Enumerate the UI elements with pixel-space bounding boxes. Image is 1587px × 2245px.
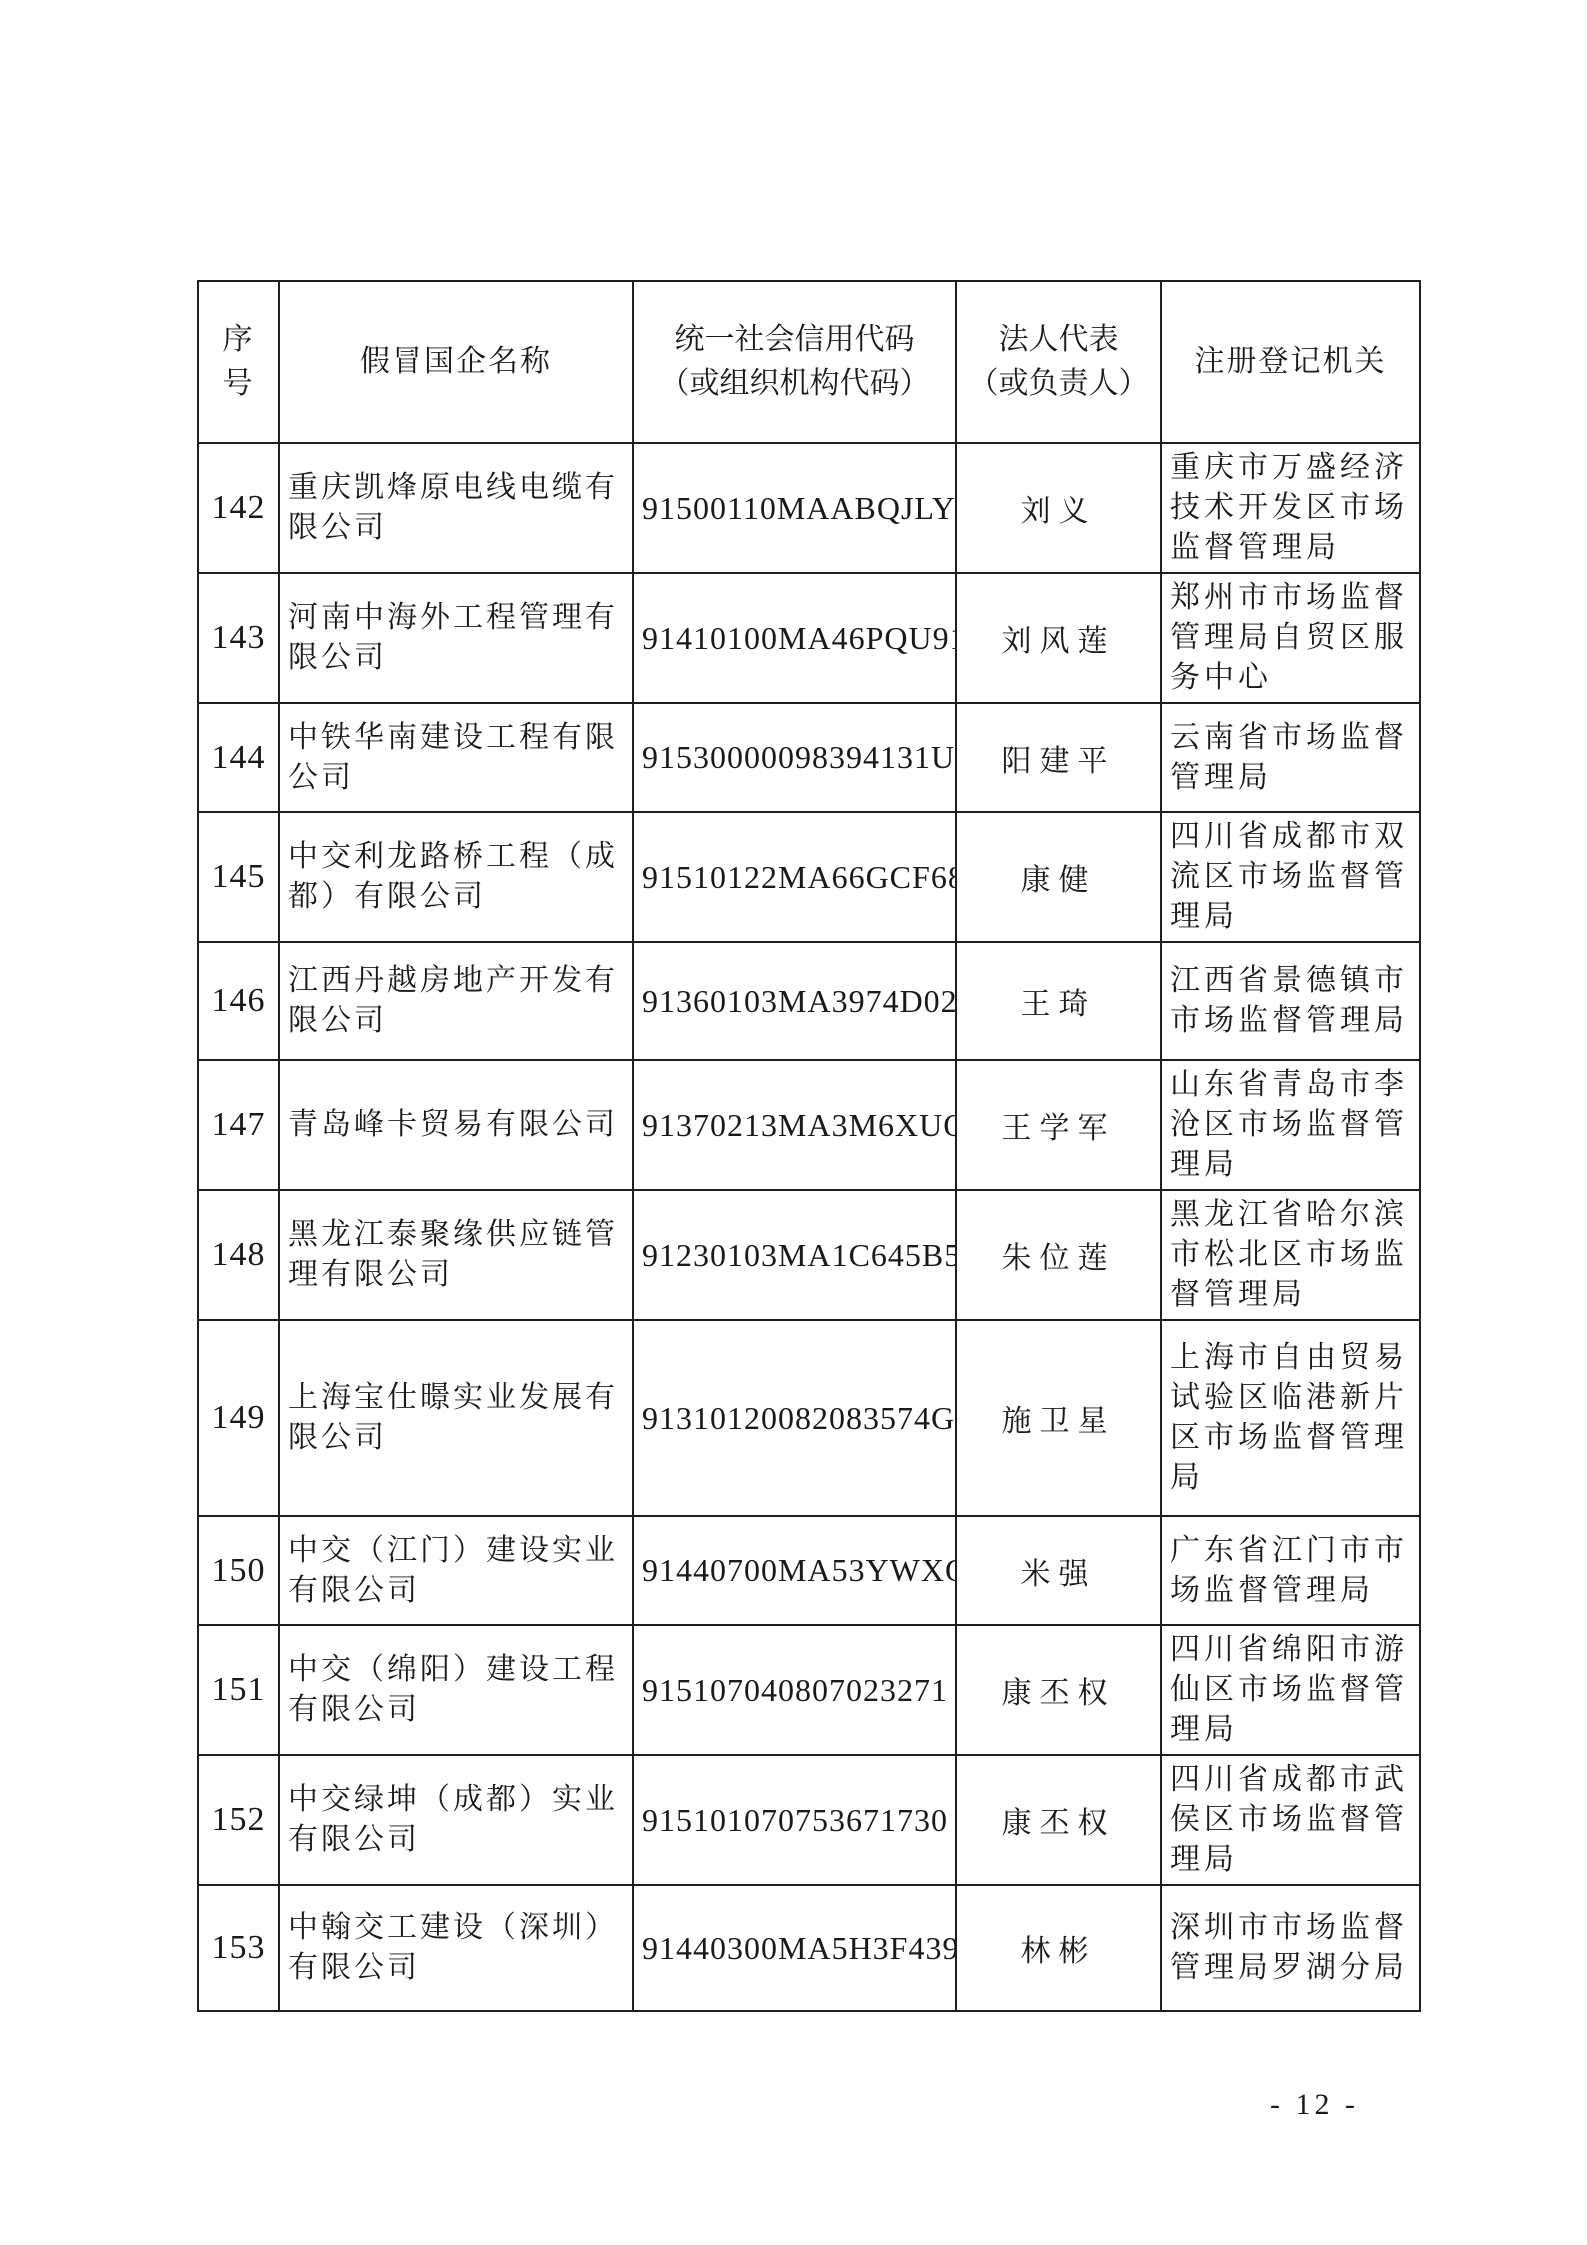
legal-rep: 王琦: [956, 942, 1161, 1060]
header-legal-rep: 法人代表 （或负责人）: [956, 281, 1161, 443]
legal-rep: 康丕权: [956, 1755, 1161, 1885]
credit-code: 91360103MA3974D021: [633, 942, 956, 1060]
row-index: 148: [198, 1190, 279, 1320]
legal-rep: 康丕权: [956, 1625, 1161, 1755]
table-header-row: 序 号 假冒国企名称 统一社会信用代码 （或组织机构代码） 法人代表 （或负责人…: [198, 281, 1420, 443]
legal-rep: 康健: [956, 812, 1161, 942]
credit-code: 91510122MA66GCF68Q: [633, 812, 956, 942]
table-row: 143 河南中海外工程管理有限公司 91410100MA46PQU918 刘风莲…: [198, 573, 1420, 703]
table-row: 151 中交（绵阳）建设工程有限公司 915107040807023271 康丕…: [198, 1625, 1420, 1755]
credit-code: 915107040807023271: [633, 1625, 956, 1755]
row-index: 144: [198, 703, 279, 812]
registrar: 上海市自由贸易试验区临港新片区市场监督管理局: [1161, 1320, 1420, 1516]
registrar: 四川省绵阳市游仙区市场监督管理局: [1161, 1625, 1420, 1755]
row-index: 142: [198, 443, 279, 573]
table-row: 152 中交绿坤（成都）实业有限公司 915101070753671730 康丕…: [198, 1755, 1420, 1885]
registrar: 山东省青岛市李沧区市场监督管理局: [1161, 1060, 1420, 1190]
company-name: 黑龙江泰聚缘供应链管理有限公司: [279, 1190, 633, 1320]
row-index: 149: [198, 1320, 279, 1516]
row-index: 146: [198, 942, 279, 1060]
header-credit-code: 统一社会信用代码 （或组织机构代码）: [633, 281, 956, 443]
legal-rep: 刘义: [956, 443, 1161, 573]
row-index: 152: [198, 1755, 279, 1885]
credit-code: 91230103MA1C645B5Q: [633, 1190, 956, 1320]
company-name: 中铁华南建设工程有限公司: [279, 703, 633, 812]
page-number: - 12 -: [1270, 2088, 1359, 2122]
legal-rep: 王学军: [956, 1060, 1161, 1190]
legal-rep: 米强: [956, 1516, 1161, 1625]
registrar: 深圳市市场监督管理局罗湖分局: [1161, 1885, 1420, 2011]
legal-rep: 林彬: [956, 1885, 1161, 2011]
credit-code: 91530000098394131U: [633, 703, 956, 812]
registrar: 云南省市场监督管理局: [1161, 703, 1420, 812]
credit-code: 915101070753671730: [633, 1755, 956, 1885]
credit-code: 91440300MA5H3F439M: [633, 1885, 956, 2011]
registrar: 四川省成都市武侯区市场监督管理局: [1161, 1755, 1420, 1885]
table-row: 142 重庆凯烽原电线电缆有限公司 91500110MAABQJLY0K 刘义 …: [198, 443, 1420, 573]
registrar: 江西省景德镇市市场监督管理局: [1161, 942, 1420, 1060]
header-registrar: 注册登记机关: [1161, 281, 1420, 443]
company-name: 上海宝仕暻实业发展有限公司: [279, 1320, 633, 1516]
document-page: 序 号 假冒国企名称 统一社会信用代码 （或组织机构代码） 法人代表 （或负责人…: [0, 0, 1587, 2245]
row-index: 147: [198, 1060, 279, 1190]
legal-rep: 朱位莲: [956, 1190, 1161, 1320]
row-index: 145: [198, 812, 279, 942]
credit-code: 91440700MA53YWXQ49: [633, 1516, 956, 1625]
table-row: 153 中翰交工建设（深圳）有限公司 91440300MA5H3F439M 林彬…: [198, 1885, 1420, 2011]
company-name: 江西丹越房地产开发有限公司: [279, 942, 633, 1060]
header-index: 序 号: [198, 281, 279, 443]
legal-rep: 阳建平: [956, 703, 1161, 812]
table-row: 146 江西丹越房地产开发有限公司 91360103MA3974D021 王琦 …: [198, 942, 1420, 1060]
company-name: 中交（江门）建设实业有限公司: [279, 1516, 633, 1625]
company-name: 重庆凯烽原电线电缆有限公司: [279, 443, 633, 573]
registrar: 四川省成都市双流区市场监督管理局: [1161, 812, 1420, 942]
credit-code: 91370213MA3M6XUQ9K: [633, 1060, 956, 1190]
company-name: 中交（绵阳）建设工程有限公司: [279, 1625, 633, 1755]
credit-code: 91500110MAABQJLY0K: [633, 443, 956, 573]
registrar: 广东省江门市市场监督管理局: [1161, 1516, 1420, 1625]
row-index: 143: [198, 573, 279, 703]
table-row: 144 中铁华南建设工程有限公司 91530000098394131U 阳建平 …: [198, 703, 1420, 812]
header-company-name: 假冒国企名称: [279, 281, 633, 443]
row-index: 150: [198, 1516, 279, 1625]
legal-rep: 施卫星: [956, 1320, 1161, 1516]
registrar: 重庆市万盛经济技术开发区市场监督管理局: [1161, 443, 1420, 573]
registrar: 郑州市市场监督管理局自贸区服务中心: [1161, 573, 1420, 703]
row-index: 153: [198, 1885, 279, 2011]
table-row: 145 中交利龙路桥工程（成都）有限公司 91510122MA66GCF68Q …: [198, 812, 1420, 942]
registrar: 黑龙江省哈尔滨市松北区市场监督管理局: [1161, 1190, 1420, 1320]
company-name: 青岛峰卡贸易有限公司: [279, 1060, 633, 1190]
credit-code: 91310120082083574G: [633, 1320, 956, 1516]
table-row: 149 上海宝仕暻实业发展有限公司 91310120082083574G 施卫星…: [198, 1320, 1420, 1516]
company-name: 中交绿坤（成都）实业有限公司: [279, 1755, 633, 1885]
company-name: 中交利龙路桥工程（成都）有限公司: [279, 812, 633, 942]
row-index: 151: [198, 1625, 279, 1755]
table-row: 150 中交（江门）建设实业有限公司 91440700MA53YWXQ49 米强…: [198, 1516, 1420, 1625]
table-row: 147 青岛峰卡贸易有限公司 91370213MA3M6XUQ9K 王学军 山东…: [198, 1060, 1420, 1190]
company-name: 中翰交工建设（深圳）有限公司: [279, 1885, 633, 2011]
legal-rep: 刘风莲: [956, 573, 1161, 703]
company-name: 河南中海外工程管理有限公司: [279, 573, 633, 703]
fake-soe-table: 序 号 假冒国企名称 统一社会信用代码 （或组织机构代码） 法人代表 （或负责人…: [197, 280, 1421, 2012]
table-row: 148 黑龙江泰聚缘供应链管理有限公司 91230103MA1C645B5Q 朱…: [198, 1190, 1420, 1320]
credit-code: 91410100MA46PQU918: [633, 573, 956, 703]
